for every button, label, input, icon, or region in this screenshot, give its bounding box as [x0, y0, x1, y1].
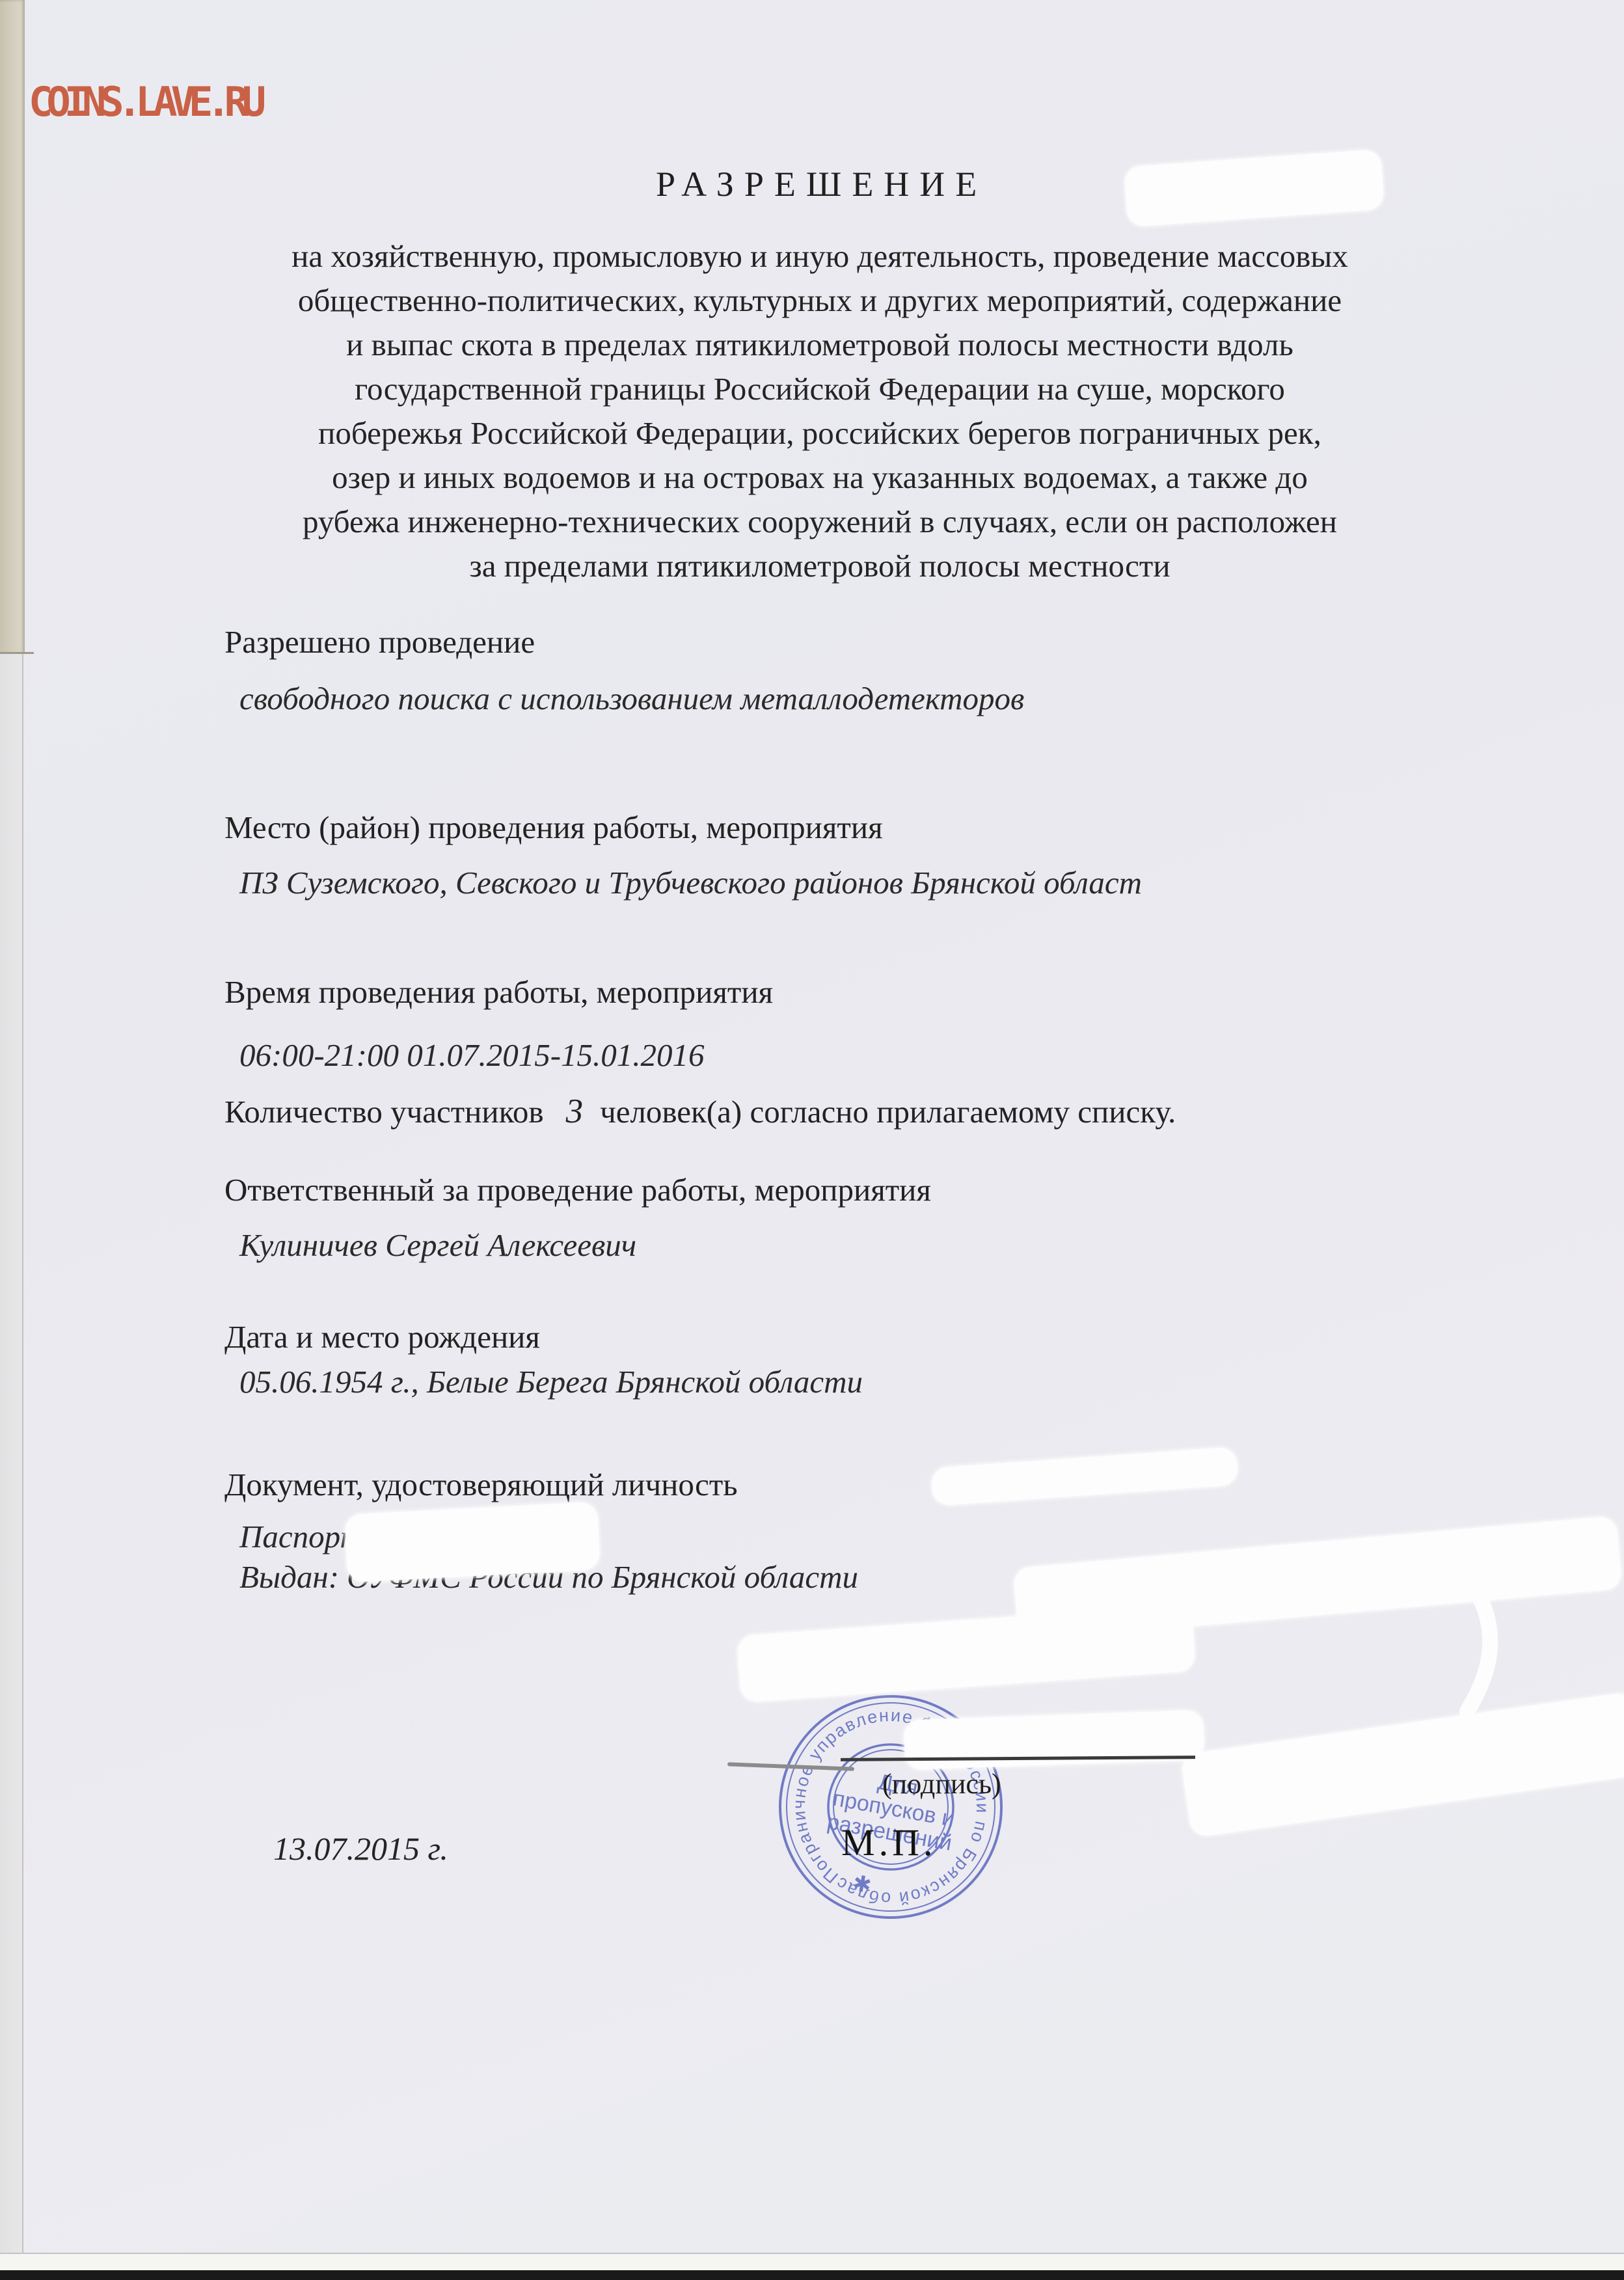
intro-line: государственной границы Российской Федер…	[176, 367, 1464, 411]
intro-line: и выпас скота в пределах пятикилометрово…	[176, 323, 1464, 367]
whiteout-mark-lower-right	[1180, 1692, 1624, 1838]
intro-paragraph: на хозяйственную, промысловую и иную дея…	[176, 234, 1464, 588]
participants-label: Количество участников	[224, 1094, 544, 1130]
responsible-label: Ответственный за проведение работы, меро…	[224, 1171, 931, 1208]
birth-label: Дата и место рождения	[224, 1318, 540, 1355]
place-value: ПЗ Суземского, Севского и Трубчевского р…	[239, 864, 1142, 901]
birth-value: 05.06.1954 г., Белые Берега Брянской обл…	[239, 1363, 863, 1400]
intro-line: общественно-политических, культурных и д…	[176, 278, 1464, 323]
whiteout-mark-under-line	[904, 1710, 1204, 1770]
intro-line: рубежа инженерно-технических сооружений …	[176, 500, 1464, 544]
time-label: Время проведения работы, мероприятия	[224, 973, 773, 1011]
document-date: 13.07.2015 г.	[273, 1830, 448, 1867]
whiteout-mark-small	[931, 1447, 1239, 1506]
place-label: Место (район) проведения работы, меропри…	[224, 809, 883, 846]
signature-caption: (подпись)	[882, 1767, 1001, 1800]
permitted-label: Разрешено проведение	[224, 623, 535, 660]
scan-bottom-white-band	[0, 2254, 1624, 2270]
scanned-permit-document: COINS.LAVE.RU РАЗРЕШЕНИЕ на хозяйственну…	[0, 0, 1624, 2280]
intro-line: побережья Российской Федерации, российск…	[176, 411, 1464, 455]
scan-left-edge-top	[0, 0, 25, 654]
site-watermark: COINS.LAVE.RU	[29, 78, 260, 126]
scan-bottom-black-band	[0, 2270, 1624, 2280]
intro-line: озер и иных водоемов и на островах на ук…	[176, 455, 1464, 500]
whiteout-mark-passport-number	[345, 1502, 601, 1582]
participants-suffix: человек(а) согласно прилагаемому списку.	[600, 1094, 1176, 1130]
scan-left-edge-seam	[0, 652, 34, 654]
scan-left-edge-bottom	[0, 654, 23, 2280]
participants-line: Количество участников3человек(а) согласн…	[224, 1092, 1176, 1131]
permitted-value: свободного поиска с использованием метал…	[239, 680, 1024, 717]
intro-line: на хозяйственную, промысловую и иную дея…	[176, 234, 1464, 278]
document-title: РАЗРЕШЕНИЕ	[656, 164, 987, 204]
participants-count: 3	[566, 1092, 584, 1130]
intro-line: за пределами пятикилометровой полосы мес…	[176, 544, 1464, 588]
time-value: 06:00-21:00 01.07.2015-15.01.2016	[239, 1037, 705, 1074]
responsible-value: Кулиничев Сергей Алексеевич	[239, 1227, 636, 1264]
seal-place-mark: М.П.	[841, 1821, 936, 1864]
identity-label: Документ, удостоверяющий личность	[224, 1466, 738, 1503]
whiteout-mark-title	[1124, 149, 1384, 226]
